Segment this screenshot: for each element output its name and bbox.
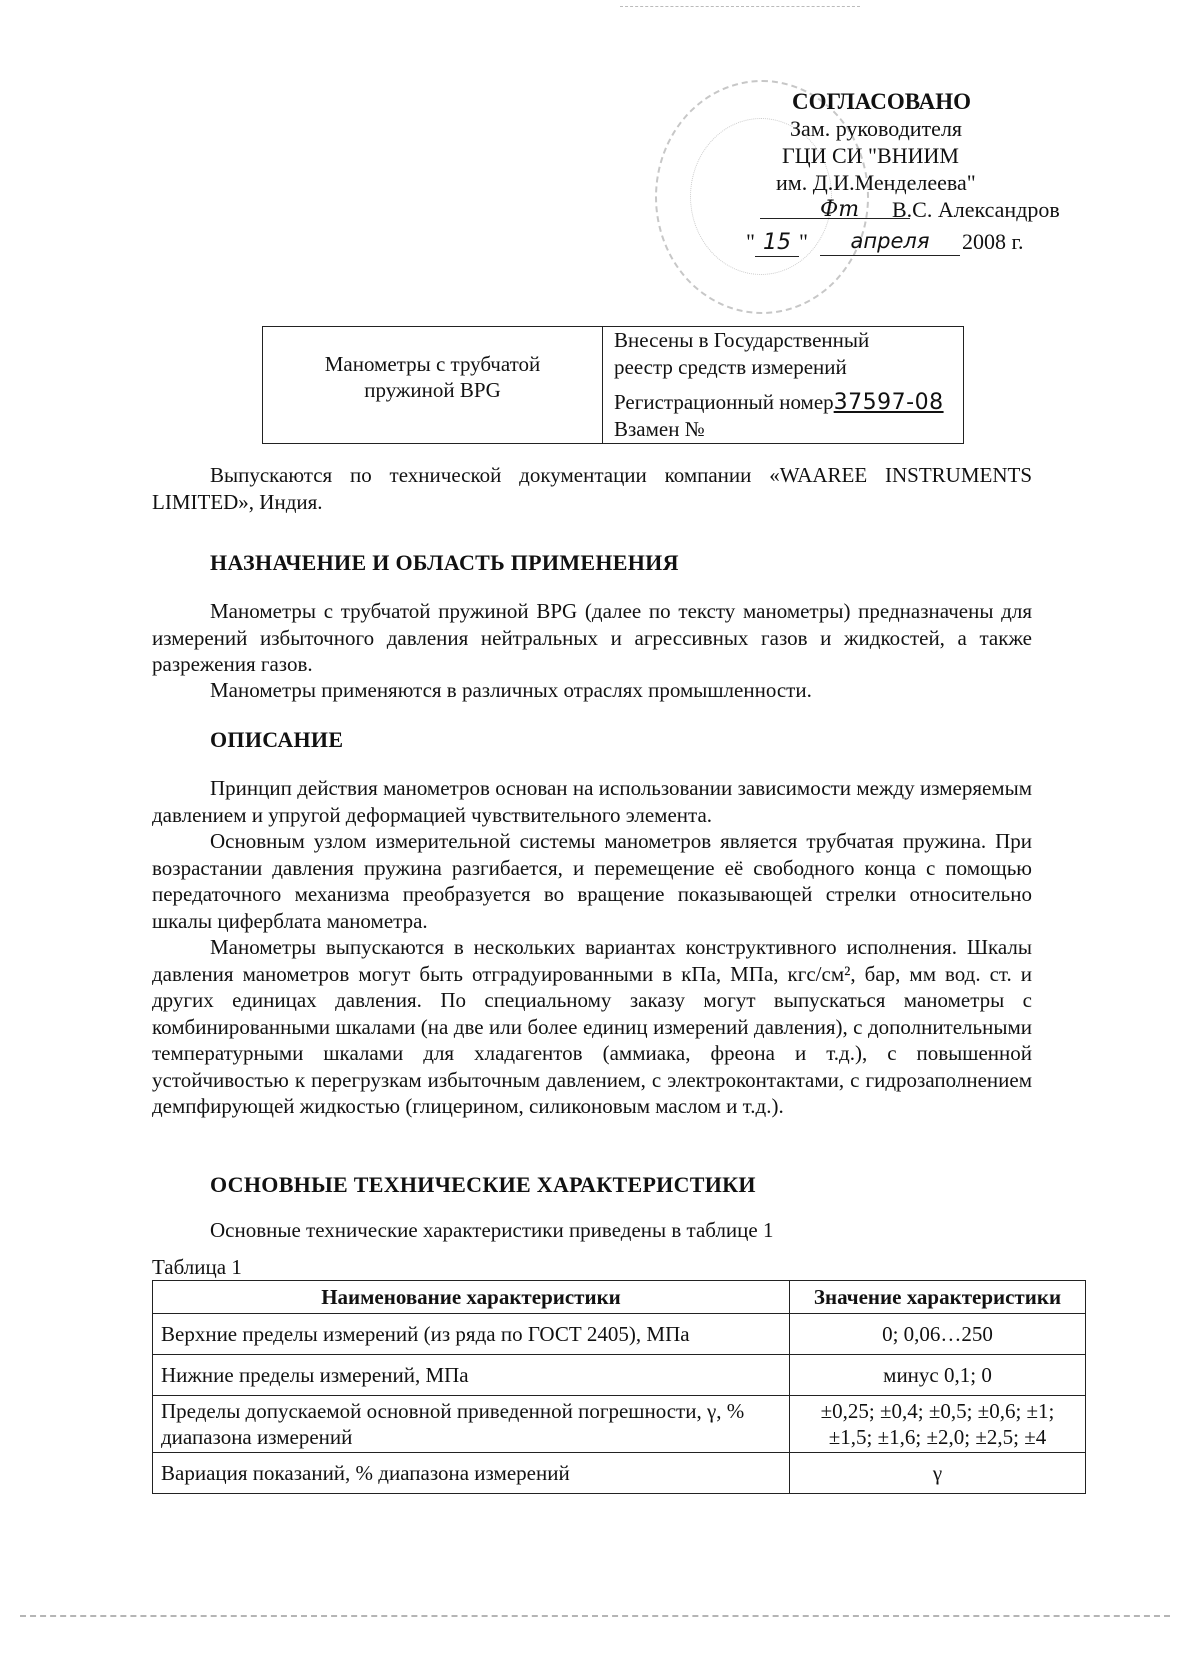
approval-organization-name: им. Д.И.Менделеева" [720,169,1100,196]
product-name-cell: Манометры с трубчатой пружиной BPG [263,327,603,443]
registry-line2: реестр средств измерений [614,354,963,381]
reg-number-label: Регистрационный номер [614,390,834,414]
approval-position: Зам. руководителя [720,115,1100,142]
section-heading-purpose: НАЗНАЧЕНИЕ И ОБЛАСТЬ ПРИМЕНЕНИЯ [210,550,679,576]
table-cell-value: 0; 0,06…250 [790,1314,1086,1355]
description-paragraph-3: Манометры выпускаются в нескольких вариа… [152,934,1032,1120]
specs-table: Наименование характеристики Значение хар… [152,1280,1086,1494]
section-heading-description: ОПИСАНИЕ [210,727,343,753]
specs-intro-paragraph: Основные технические характеристики прив… [152,1217,1032,1244]
intro-paragraph: Выпускаются по технической документации … [152,462,1032,515]
registry-line1: Внесены в Государственный [614,327,963,354]
purpose-paragraph-2: Манометры применяются в различных отрасл… [152,677,1032,704]
scan-artifact-top [620,6,860,7]
table-row: Пределы допускаемой основной приведенной… [153,1396,1086,1453]
reg-number-value: 37597-08 [834,390,944,415]
purpose-paragraph-1: Манометры с трубчатой пружиной BPG (дале… [152,598,1032,678]
table-row: Вариация показаний, % диапазона измерени… [153,1453,1086,1494]
section-heading-specs: ОСНОВНЫЕ ТЕХНИЧЕСКИЕ ХАРАКТЕРИСТИКИ [210,1172,756,1198]
signature-icon: Фт [820,196,859,223]
date-month: апреля [820,228,960,256]
table-cell-value: минус 0,1; 0 [790,1355,1086,1396]
date-day: 15 [755,229,799,257]
product-name-line2: пружиной BPG [263,377,602,403]
signature-row: Фт В.С. Александров [720,196,1100,226]
table-row: Верхние пределы измерений (из ряда по ГО… [153,1314,1086,1355]
approval-date: "15" апреля 2008 г. [720,226,1100,256]
registration-number-row: Регистрационный номер37597-08 [614,389,963,416]
replaces-label: Взамен № [614,416,963,443]
table-cell-name: Вариация показаний, % диапазона измерени… [153,1453,790,1494]
table-header-row: Наименование характеристики Значение хар… [153,1281,1086,1314]
approval-organization: ГЦИ СИ "ВНИИМ [720,142,1100,169]
approval-block: СОГЛАСОВАНО Зам. руководителя ГЦИ СИ "ВН… [720,88,1100,256]
table-cell-value: γ [790,1453,1086,1494]
product-name-line1: Манометры с трубчатой [263,351,602,377]
date-year: 2008 г. [962,228,1024,255]
registry-info-cell: Внесены в Государственный реестр средств… [603,327,963,443]
description-paragraph-2: Основным узлом измерительной системы ман… [152,828,1032,934]
table-cell-name: Пределы допускаемой основной приведенной… [153,1396,790,1453]
table-cell-name: Нижние пределы измерений, МПа [153,1355,790,1396]
description-paragraph-1: Принцип действия манометров основан на и… [152,775,1032,828]
registry-box: Манометры с трубчатой пружиной BPG Внесе… [262,326,964,444]
approval-title: СОГЛАСОВАНО [720,88,1100,115]
signatory-name: В.С. Александров [892,196,1060,223]
table-header-name: Наименование характеристики [153,1281,790,1314]
table-cell-value: ±0,25; ±0,4; ±0,5; ±0,6; ±1; ±1,5; ±1,6;… [790,1396,1086,1453]
table-header-value: Значение характеристики [790,1281,1086,1314]
table-cell-name: Верхние пределы измерений (из ряда по ГО… [153,1314,790,1355]
table-row: Нижние пределы измерений, МПа минус 0,1;… [153,1355,1086,1396]
scan-artifact-bottom [20,1615,1170,1617]
table-caption: Таблица 1 [152,1255,242,1280]
